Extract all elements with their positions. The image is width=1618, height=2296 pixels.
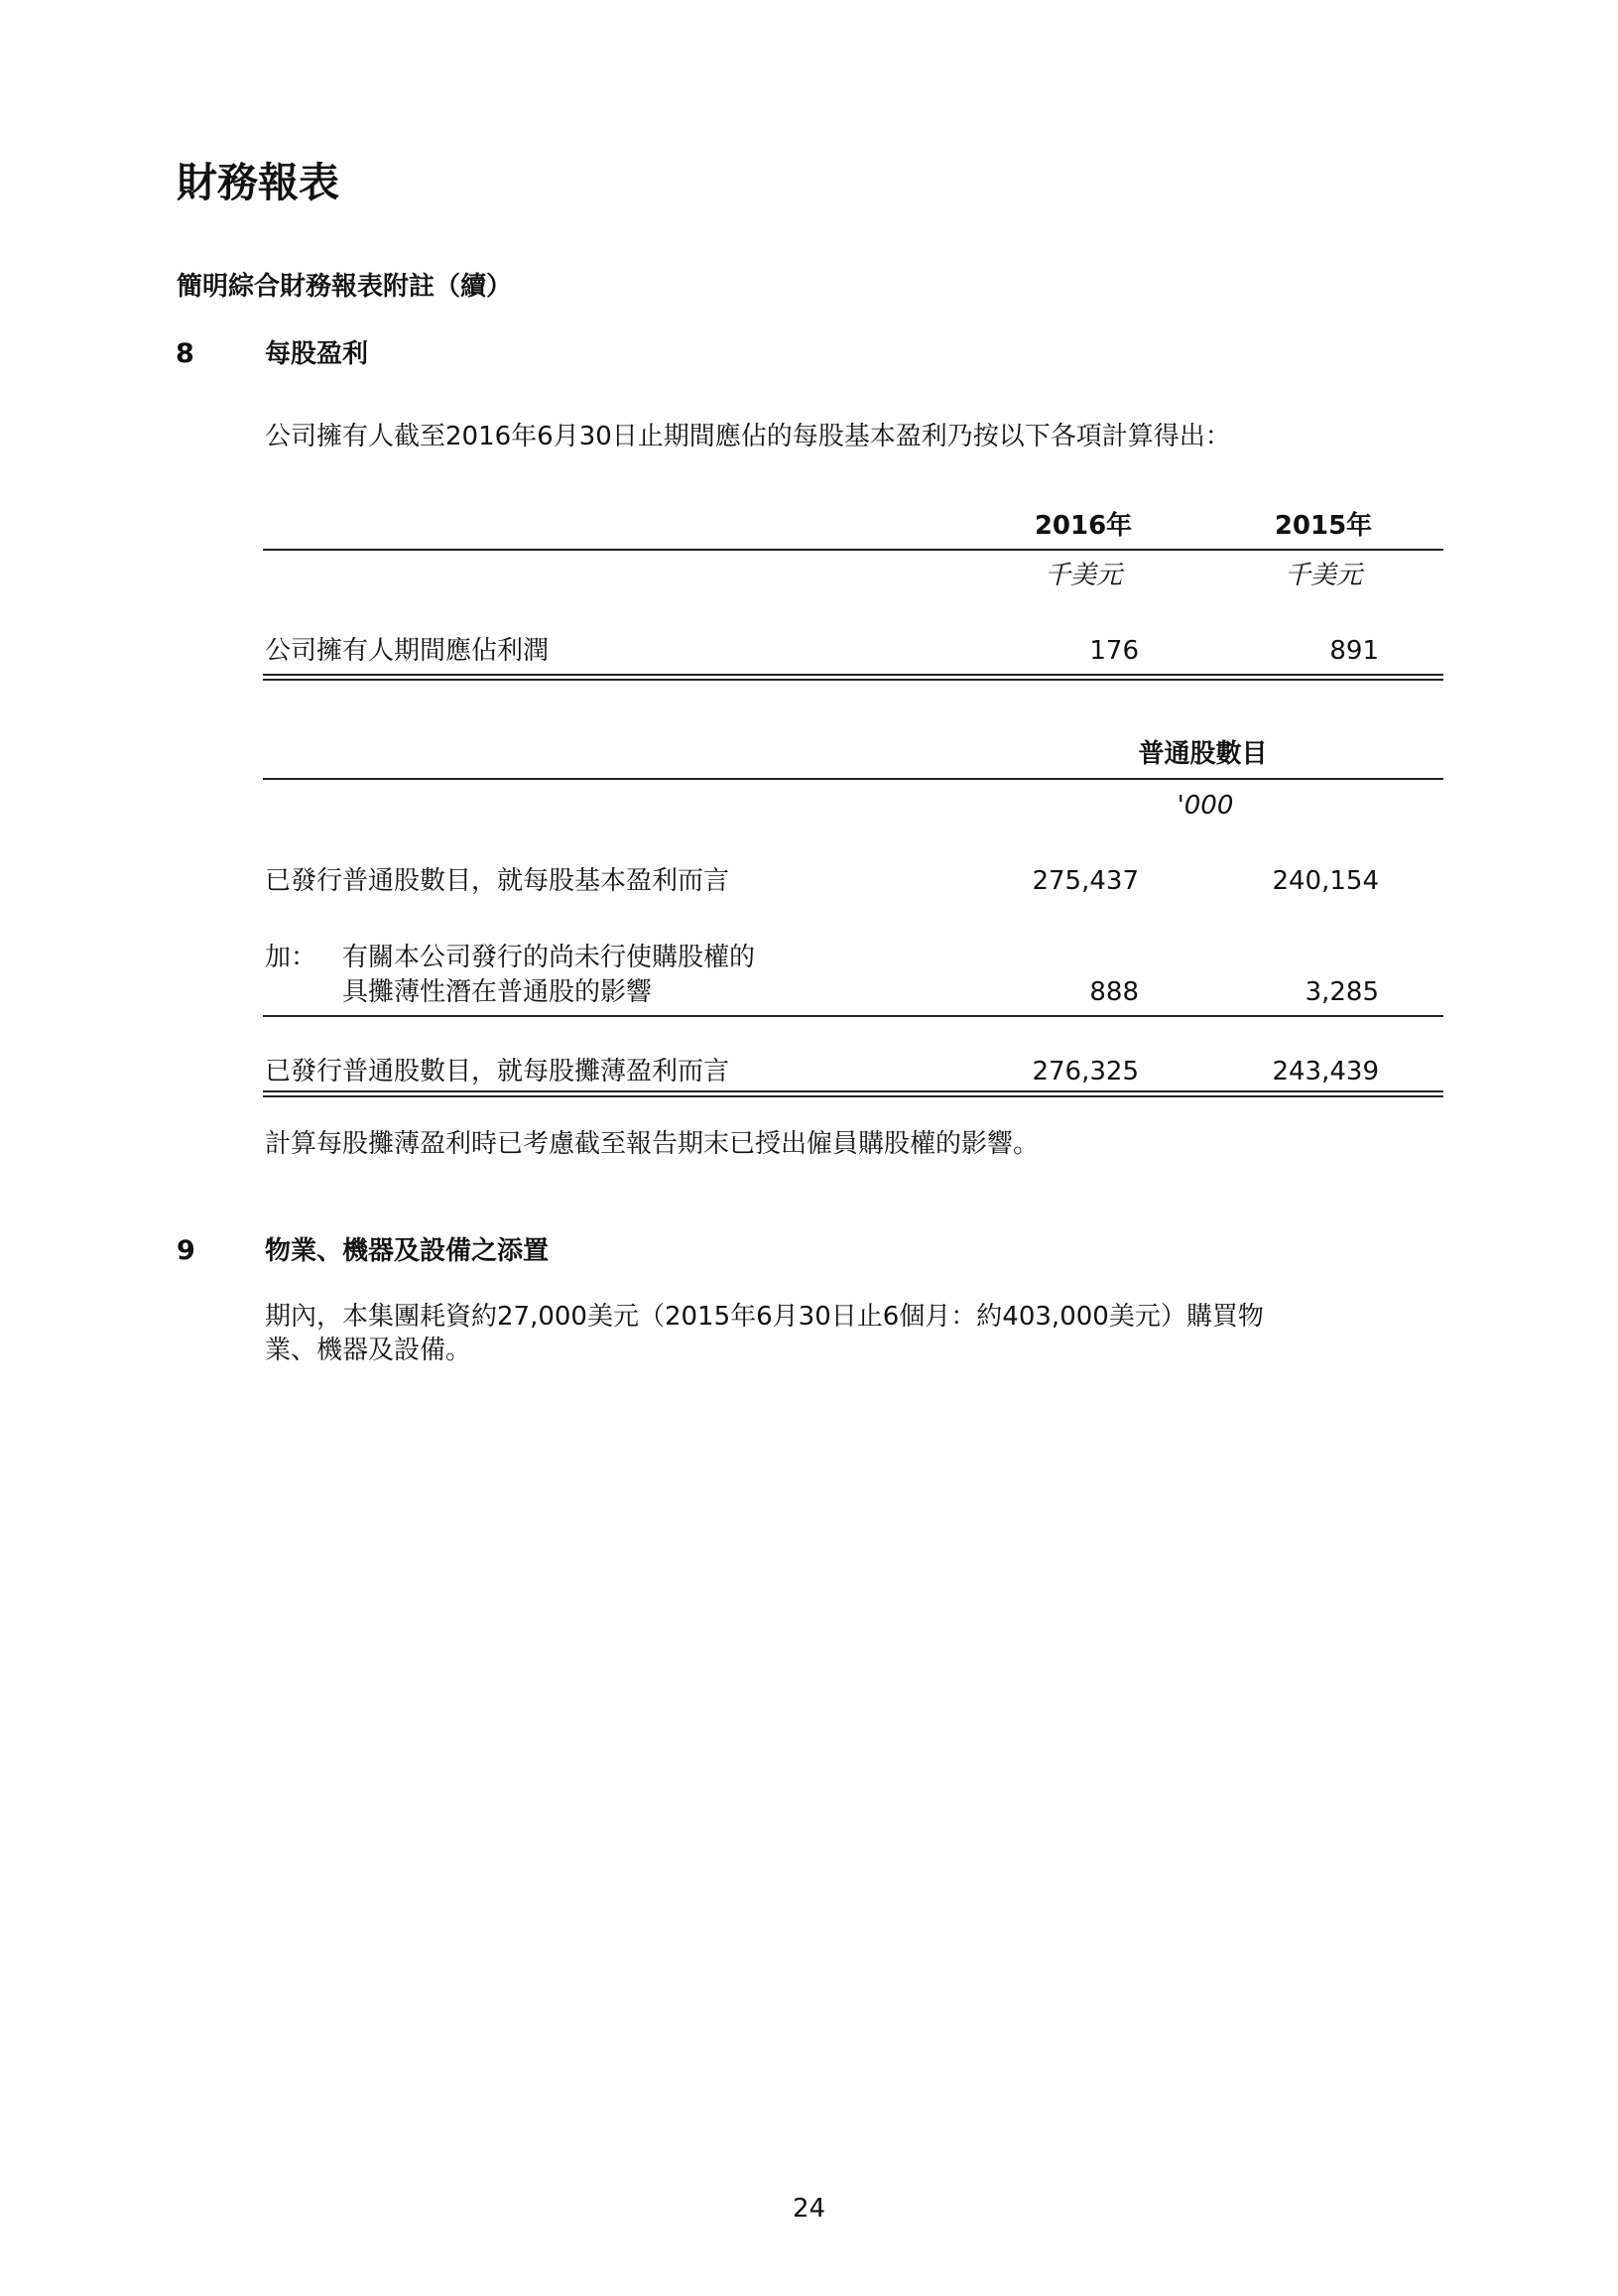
column-header-2015: 2015年 (1262, 509, 1385, 543)
unit-label-2016: 千美元 (1022, 559, 1145, 592)
row-value-2015: 891 (1230, 634, 1379, 668)
unit-label-thousands: '000 (1141, 789, 1270, 823)
row-label: 已發行普通股數目，就每股基本盈利而言 (265, 864, 729, 898)
row-value-2016: 275,437 (992, 864, 1139, 898)
section-8-number: 8 (176, 337, 194, 371)
section-9-number: 9 (177, 1234, 195, 1268)
row-label-line1: 有關本公司發行的尚未行使購股權的 (342, 941, 755, 974)
page-number: 24 (0, 2193, 1618, 2225)
section-8-heading: 每股盈利 (265, 337, 368, 371)
table-rule (263, 778, 1443, 780)
group-header-shares: 普通股數目 (1091, 737, 1314, 771)
table-rule (263, 1015, 1443, 1017)
row-value-2015: 240,154 (1230, 864, 1379, 898)
page-subtitle: 簡明綜合財務報表附註（續） (177, 270, 512, 304)
table-double-rule (263, 1090, 1443, 1097)
section-8-intro: 公司擁有人截至2016年6月30日止期間應佔的每股基本盈利乃按以下各項計算得出： (265, 420, 1231, 453)
section-9-body-line2: 業、機器及設備。 (265, 1334, 471, 1367)
row-label-line2: 具攤薄性潛在普通股的影響 (342, 975, 652, 1009)
table-rule (263, 549, 1443, 551)
row-value-2016: 276,325 (992, 1055, 1139, 1088)
column-header-2016: 2016年 (1022, 509, 1145, 543)
section-8-note: 計算每股攤薄盈利時已考慮截至報告期末已授出僱員購股權的影響。 (265, 1127, 1039, 1161)
row-value-2016: 176 (992, 634, 1139, 668)
row-label: 公司擁有人期間應佔利潤 (265, 634, 549, 668)
row-prefix: 加： (265, 941, 316, 974)
row-label: 已發行普通股數目，就每股攤薄盈利而言 (265, 1055, 729, 1088)
table-double-rule (263, 674, 1443, 681)
unit-label-2015: 千美元 (1262, 559, 1385, 592)
page-title: 財務報表 (177, 159, 339, 206)
row-value-2016: 888 (992, 975, 1139, 1009)
row-value-2015: 3,285 (1230, 975, 1379, 1009)
row-value-2015: 243,439 (1230, 1055, 1379, 1088)
section-9-heading: 物業、機器及設備之添置 (265, 1234, 549, 1268)
section-9-body-line1: 期內，本集團耗資約27,000美元（2015年6月30日止6個月：約403,00… (265, 1300, 1264, 1334)
